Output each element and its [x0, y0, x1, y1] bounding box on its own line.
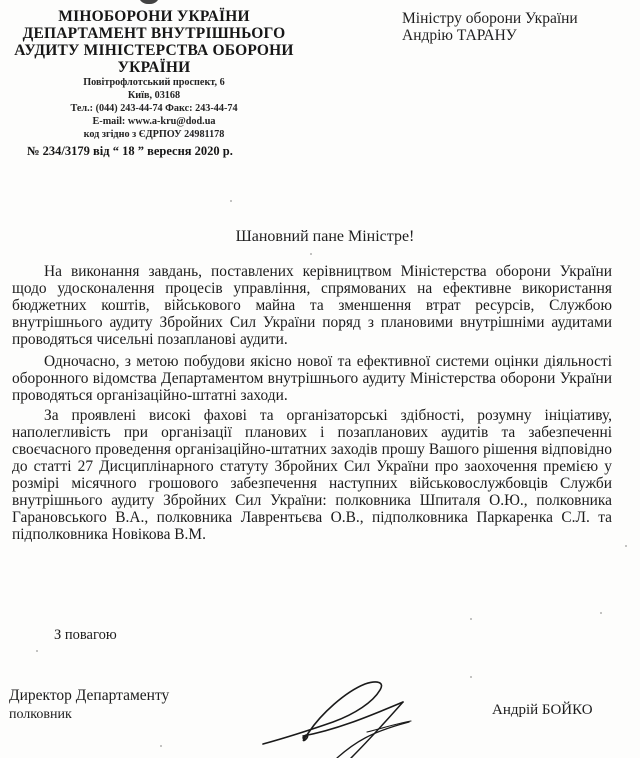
letterhead: МІНОБОРОНИ УКРАЇНИ ДЕПАРТАМЕНТ ВНУТРІШНЬ… — [4, 8, 304, 159]
body-paragraph: На виконання завдань, поставлених керівн… — [12, 263, 612, 348]
addressee-name: Андрію ТАРАНУ — [402, 27, 578, 44]
signer-block: Директор Департаменту полковник — [9, 686, 169, 724]
address-phone: Тел.: (044) 243-44-74 Факс: 243-44-74 — [4, 102, 304, 115]
scan-speck — [470, 676, 472, 678]
signature-icon — [255, 680, 435, 758]
address-street: Повітрофлотський проспект, 6 — [4, 76, 304, 89]
signer-position: Директор Департаменту — [9, 686, 169, 705]
scan-speck — [160, 745, 162, 747]
signer-name: Андрій БОЙКО — [492, 702, 593, 719]
org-name-line: ДЕПАРТАМЕНТ ВНУТРІШНЬОГО — [4, 25, 304, 42]
body-paragraph: Одночасно, з метою побудови якісно нової… — [12, 353, 612, 404]
state-emblem-icon — [138, 0, 160, 4]
scan-speck — [310, 253, 312, 255]
org-name-line: МІНОБОРОНИ УКРАЇНИ — [4, 8, 304, 25]
closing-regards: З повагою — [54, 627, 117, 644]
registration-number: № 234/3179 від “ 18 ” вересня 2020 р. — [4, 144, 304, 159]
org-name-line: АУДИТУ МІНІСТЕРСТВА ОБОРОНИ — [4, 42, 304, 59]
signer-rank: полковник — [9, 705, 169, 724]
addressee: Міністру оборони України Андрію ТАРАНУ — [402, 10, 578, 44]
letter-body: На виконання завдань, поставлених керівн… — [12, 263, 612, 548]
scan-speck — [600, 612, 602, 614]
scan-speck — [625, 545, 627, 547]
scan-speck — [230, 200, 232, 202]
letter-page: МІНОБОРОНИ УКРАЇНИ ДЕПАРТАМЕНТ ВНУТРІШНЬ… — [0, 0, 640, 758]
salutation: Шановний пане Міністре! — [0, 228, 640, 246]
scan-speck — [470, 618, 472, 620]
body-paragraph: За проявлені високі фахові та організато… — [12, 407, 612, 544]
address-email: E-mail: www.a-kru@dod.ua — [4, 115, 304, 128]
addressee-title: Міністру оборони України — [402, 10, 578, 27]
address-edrpou: код згідно з ЄДРПОУ 24981178 — [4, 128, 304, 141]
address-city: Київ, 03168 — [4, 89, 304, 102]
scan-speck — [36, 650, 38, 652]
org-name-line: УКРАЇНИ — [4, 59, 304, 76]
